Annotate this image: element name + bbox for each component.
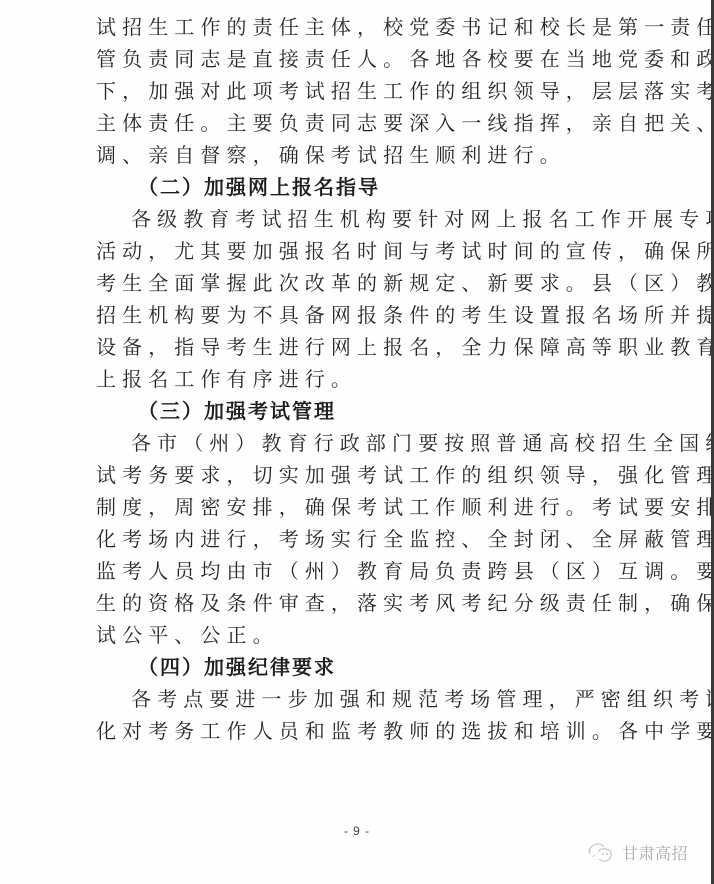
text-line: 监考人员均由市（州）教育局负责跨县（区）互调。要严格考 — [96, 555, 624, 587]
text-line: 下，加强对此项考试招生工作的组织领导，层层落实考试安全 — [96, 75, 624, 107]
text-line: 招生机构要为不具备网报条件的考生设置报名场所并提供相关 — [96, 299, 624, 331]
section-heading-3: （三）加强考试管理 — [96, 395, 624, 427]
text-line: 制度，周密安排，确保考试工作顺利进行。考试要安排在标准 — [96, 491, 624, 523]
document-body: 试招生工作的责任主体，校党委书记和校长是第一责任人，分 管负责同志是直接责任人。… — [96, 11, 624, 747]
page-number: - 9 - — [0, 824, 714, 838]
document-page: 试招生工作的责任主体，校党委书记和校长是第一责任人，分 管负责同志是直接责任人。… — [0, 0, 711, 884]
text-line: 调、亲自督察，确保考试招生顺利进行。 — [96, 139, 624, 171]
text-line: 试招生工作的责任主体，校党委书记和校长是第一责任人，分 — [96, 11, 624, 43]
paragraph-start: 各级教育考试招生机构要针对网上报名工作开展专项宣传 — [96, 203, 624, 235]
watermark: 甘肃高招 — [586, 840, 688, 864]
watermark-text: 甘肃高招 — [622, 841, 688, 864]
paragraph-start: 各考点要进一步加强和规范考场管理，严密组织考试，强 — [96, 683, 624, 715]
text-line: 生的资格及条件审查，落实考风考纪分级责任制，确保招生考 — [96, 587, 624, 619]
text-line: 试公平、公正。 — [96, 619, 624, 651]
text-line: 管负责同志是直接责任人。各地各校要在当地党委和政府领导 — [96, 43, 624, 75]
text-line: 试考务要求，切实加强考试工作的组织领导，强化管理，完善 — [96, 459, 624, 491]
text-line: 主体责任。主要负责同志要深入一线指挥，亲自把关、亲自协 — [96, 107, 624, 139]
paragraph-start: 各市（州）教育行政部门要按照普通高校招生全国统一考 — [96, 427, 624, 459]
text-line: 化考场内进行，考场实行全监控、全封闭、全屏蔽管理，所有 — [96, 523, 624, 555]
section-heading-4: （四）加强纪律要求 — [96, 651, 624, 683]
text-line: 活动，尤其要加强报名时间与考试时间的宣传，确保所有报名 — [96, 235, 624, 267]
section-heading-2: （二）加强网上报名指导 — [96, 171, 624, 203]
wechat-channel-icon — [586, 840, 616, 864]
text-line: 设备，指导考生进行网上报名，全力保障高等职业教育招生网 — [96, 331, 624, 363]
text-line: 考生全面掌握此次改革的新规定、新要求。县（区）教育考试 — [96, 267, 624, 299]
text-line: 上报名工作有序进行。 — [96, 363, 624, 395]
text-line: 化对考务工作人员和监考教师的选拔和培训。各中学要教育引 — [96, 715, 624, 747]
